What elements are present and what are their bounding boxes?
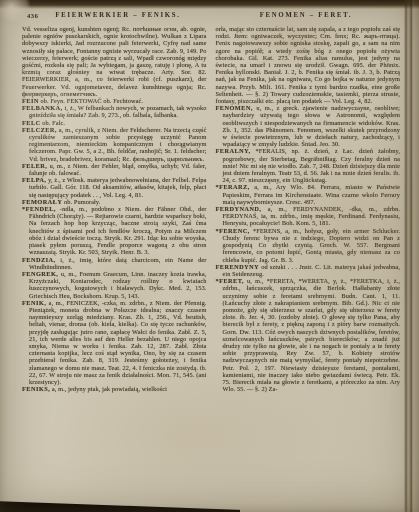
entry-text: u, m., z greck. zjawienie nadzwyczayne, … <box>223 105 401 148</box>
left-column: Vd. vesseliza ogenj, kunshten ogenj; Rc.… <box>22 26 207 508</box>
right-column: orła, mając sto czternaście lat, sam się… <box>216 26 401 508</box>
entry-headword: FENOMEN, <box>216 105 253 112</box>
dictionary-entry: FERDYNAND, a, m., FERDYNANDEK, -dka, m.,… <box>216 206 401 228</box>
dictionary-entry: *FENDEL, -ndla, m., podobno z Niem. der … <box>22 206 207 256</box>
entry-text: i, ż., imię, które daią charcicom, ein N… <box>29 257 207 271</box>
entry-text: a, m., Ary Wlo. 84. Ferrara, miasto w Pa… <box>223 184 401 205</box>
entry-headword: FEIN <box>22 98 39 105</box>
entry-headword: FENDZIA, <box>22 257 56 264</box>
dictionary-entry: Vd. vesseliza ogenj, kunshten ogenj; Rc.… <box>22 26 207 98</box>
entry-text: Vd. vesseliza ogenj, kunshten ogenj; Rc.… <box>22 26 207 98</box>
entry-headword: FELC <box>22 120 41 127</box>
dictionary-entry: orła, mając sto czternaście lat, sam się… <box>216 26 401 105</box>
running-head-right: FENOMEN – FERET. <box>212 12 400 19</box>
entry-text: ob. Pumorały. <box>62 199 100 206</box>
dictionary-entry: *FERARZ, a, m., Ary Wlo. 84. Ferrara, mi… <box>216 184 401 206</box>
entry-headword: *FERARZ, <box>216 184 250 191</box>
entry-text: ob. Feyn. FEKTOWAĆ ob. Fechtować. <box>39 98 143 105</box>
scanned-dictionary-page: 436 FEIERWERKIER – FENIKS. FENOMEN – FER… <box>0 0 419 512</box>
entry-text: orła, mając sto czternaście lat, sam się… <box>216 26 401 105</box>
dictionary-entry: FENIKS, a, m., jedyny ptak, jak powiadai… <box>22 386 207 393</box>
scan-top-edge <box>0 0 419 9</box>
dictionary-entry: *FERET, u, m., *FERETA, *WERETA, y, ż., … <box>216 278 401 393</box>
dictionary-entry: FENIK, a, m., FENICZEK, -czka, m. zdrbn.… <box>22 300 207 386</box>
entry-headword: FENGREK, <box>22 271 58 278</box>
entry-text: u, m., *FERETA, *WERETA, y, ż., *FERETKA… <box>223 278 401 393</box>
dictionary-entry: FENDZIA, i, ż., imię, które daią charcic… <box>22 257 207 271</box>
entry-headword: FELCZER, <box>22 127 57 134</box>
entry-headword: FELER, <box>22 163 47 170</box>
entry-text: a, m., FENICZEK, -czka, m. zdrbn., z Nie… <box>29 300 207 386</box>
text-columns: Vd. vesseliza ogenj, kunshten ogenj; Rc.… <box>22 26 400 508</box>
dictionary-entry: FENOMEN, u, m., z greck. zjawienie nadzw… <box>216 105 401 148</box>
entry-headword: FERENDYNY <box>216 264 260 271</box>
entry-text: -ndla, m., podobno z Niem. der Fähner Oh… <box>29 206 207 256</box>
dictionary-entry: FELPA, y, ż., z Włosk. materya jedwabnow… <box>22 177 207 199</box>
page-edge-crease <box>405 0 407 512</box>
entry-headword: FENIKS, <box>22 386 50 393</box>
entry-headword: FEMORAŁY <box>22 199 62 206</box>
dictionary-entry: FENGREK, u, m., Foenum Graecum, Linn. in… <box>22 271 207 300</box>
entry-headword: *FERENC, <box>216 228 250 235</box>
dictionary-entry: FELBANKA, i, ż., W felbankach nowych, w … <box>22 105 207 119</box>
dictionary-entry: FELCZER, a, m., cyrulik, z Niem. der Fel… <box>22 127 207 163</box>
dictionary-entry: FEMORAŁY ob. Pumorały. <box>22 199 207 206</box>
entry-text: u, m., z Niem. der Fehler, błąd, omyłka,… <box>29 163 207 177</box>
entry-text: ob. Falc. <box>41 120 65 127</box>
dictionary-entry: FERALNY, *FERALIS, np. ż. dzień, z Łac. … <box>216 148 401 184</box>
entry-headword: *FERET, <box>216 278 244 285</box>
running-head-left: FEIERWERKIER – FENIKS. <box>30 12 206 19</box>
dictionary-entry: FERENDYNY od sztuki . . . Jnstr. C. Lit.… <box>216 264 401 278</box>
dictionary-entry: FELC ob. Falc. <box>22 120 207 127</box>
dictionary-entry: *FERENC, *FERENS, a, m., hołysz, goły, e… <box>216 228 401 264</box>
entry-headword: FERALNY, <box>216 148 251 155</box>
entry-text: y, ż., z Włosk. materya jedwabnowełniana… <box>29 177 207 198</box>
dictionary-entry: FELER, u, m., z Niem. der Fehler, błąd, … <box>22 163 207 177</box>
entry-text: a, m., jedyny ptak, jak powiadaią, wielk… <box>50 386 167 393</box>
entry-headword: FENIK, <box>22 300 46 307</box>
entry-text: *FERENS, a, m., hołysz, goły, ein armer … <box>223 228 401 264</box>
